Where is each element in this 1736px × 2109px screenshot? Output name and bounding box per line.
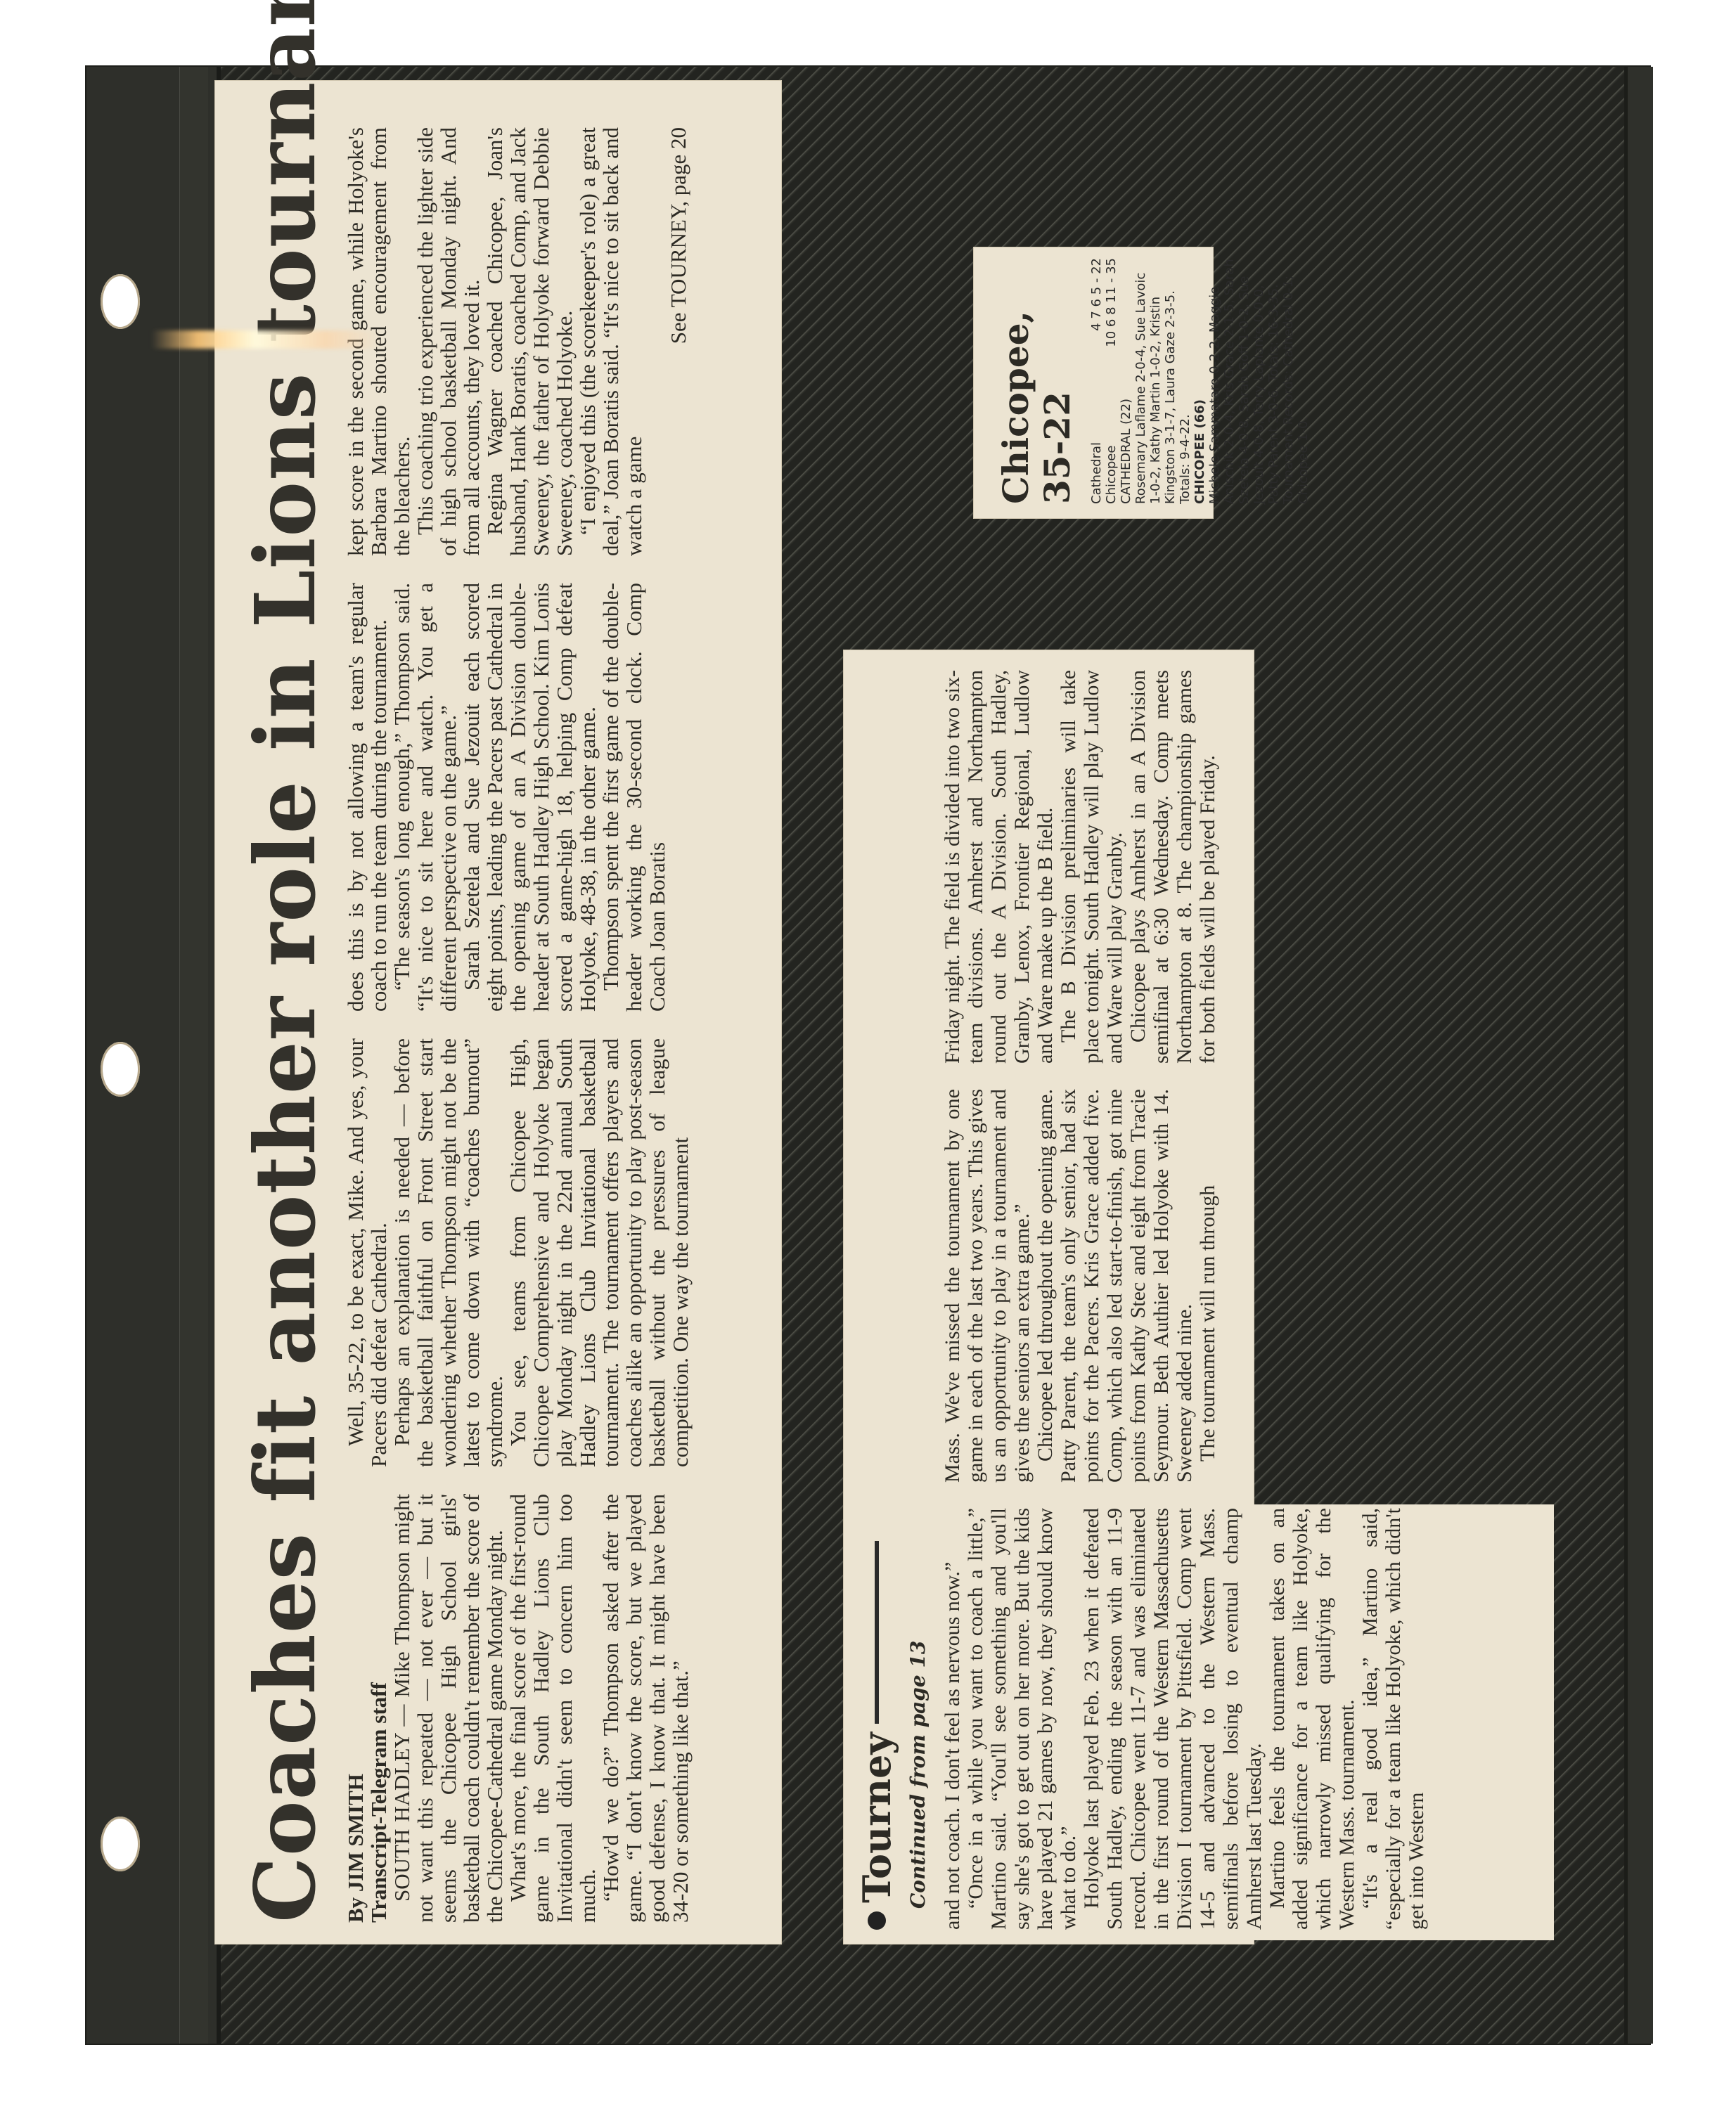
tourney-body: and not coach. I don't feel as nervous n… — [941, 664, 1428, 1930]
binder-hole-bottom — [101, 1817, 140, 1871]
main-column-2: Well, 35-22, to be exact, Mike. And yes,… — [344, 1038, 692, 1467]
paragraph: The B Division preliminaries will take p… — [1057, 670, 1126, 1064]
paragraph: The tournament will run through — [1196, 1089, 1219, 1483]
paragraph: You see, teams from Chicopee High, Chico… — [506, 1038, 692, 1467]
paragraph: This coaching trio experienced the light… — [413, 127, 483, 556]
box-score-title: Chicopee, 35-22 — [995, 258, 1078, 504]
paragraph: Well, 35-22, to be exact, Mike. And yes,… — [344, 1038, 390, 1467]
paragraph: Mass. We've missed the tournament by one… — [941, 1089, 1034, 1483]
page-edge — [1624, 67, 1653, 2044]
byline: By JIM SMITH — [344, 1494, 367, 1923]
byline-staff: Transcript-Telegram staff — [367, 1494, 390, 1923]
main-article-clipping: Coaches fit another role in Lions tourna… — [215, 81, 781, 1944]
box-score-line: CHICOPEE (66) — [1192, 258, 1207, 504]
paragraph: “Once in a while you want to coach a lit… — [964, 1508, 1080, 1930]
paragraph: Sarah Szetela and Sue Jezouit each score… — [460, 583, 599, 1012]
paragraph: and not coach. I don't feel as nervous n… — [941, 1508, 964, 1930]
box-score-clipping: Chicopee, 35-22 Cathedral4 7 6 5 - 22Chi… — [974, 247, 1213, 518]
paragraph: does this is by not allowing a team's re… — [344, 583, 390, 1012]
paragraph: Perhaps an explanation is needed — befor… — [390, 1038, 506, 1467]
paragraph: “I enjoyed this (the scorekeeper's role)… — [576, 127, 645, 556]
paragraph: Chicopee plays Amherst in an A Division … — [1126, 670, 1219, 1064]
main-column-4: kept score in the second game, while Hol… — [344, 127, 692, 556]
paragraph: Thompson spent the first game of the dou… — [599, 583, 669, 1012]
paragraph: Friday night. The field is divided into … — [941, 670, 1057, 1064]
tourney-text: Tourney Continued from page 13 and not c… — [854, 664, 1557, 1930]
tourney-column-2: Mass. We've missed the tournament by one… — [941, 1089, 1428, 1483]
binder-hole-middle — [101, 1042, 140, 1097]
continued-note: Continued from page 13 — [906, 664, 930, 1909]
box-score-line: CATHEDRAL (22) — [1119, 258, 1133, 504]
box-score-body: Cathedral4 7 6 5 - 22Chicopee10 6 8 11 -… — [1089, 258, 1311, 504]
tourney-heading: Tourney — [854, 664, 899, 1930]
box-score-line: Rosemary Laflame 2-0-4, Sue Lavoic 1-0-2… — [1133, 258, 1192, 504]
box-score-line: Tournament Records: Cathedral 0-1; Chico… — [1281, 258, 1311, 504]
paragraph: “The season's long enough,” Thompson sai… — [390, 583, 460, 1012]
line-score-row: Cathedral4 7 6 5 - 22 — [1089, 258, 1104, 504]
paragraph: “It's a real good idea,” Martino said, “… — [1358, 1508, 1428, 1930]
paragraph: Regina Wagner coached Chicopee, Joan's h… — [483, 127, 576, 556]
paragraph: What's more, the final score of the firs… — [506, 1494, 599, 1923]
main-headline: Coaches fit another role in Lions tourna… — [236, 102, 334, 1923]
main-column-1: By JIM SMITH Transcript-Telegram staff S… — [344, 1494, 692, 1923]
tourney-column-3: Friday night. The field is divided into … — [941, 670, 1428, 1064]
jump-line: See TOURNEY, page 20 — [667, 127, 690, 556]
bullet-icon — [868, 1911, 886, 1930]
main-article-body: By JIM SMITH Transcript-Telegram staff S… — [344, 102, 692, 1923]
line-score-row: Chicopee10 6 8 11 - 35 — [1104, 258, 1119, 504]
binder-hinge — [179, 67, 208, 2044]
paragraph: Holyoke last played Feb. 23 when it defe… — [1080, 1508, 1266, 1930]
heading-rule — [875, 1541, 879, 1724]
tourney-column-1: and not coach. I don't feel as nervous n… — [941, 1508, 1428, 1930]
box-score-line: Michele Sammataro 0-2-2, Maggie Anischik… — [1207, 258, 1281, 504]
camera-glare — [151, 330, 383, 349]
paragraph: “How'd we do?” Thompson asked after the … — [599, 1494, 692, 1923]
paragraph: Martino feels the tournament takes on an… — [1266, 1508, 1358, 1930]
paragraph: SOUTH HADLEY — Mike Thompson might not w… — [390, 1494, 506, 1923]
binder-hole-top — [101, 274, 140, 329]
main-column-3: does this is by not allowing a team's re… — [344, 583, 692, 1012]
paragraph: Chicopee led throughout the opening game… — [1034, 1089, 1196, 1483]
